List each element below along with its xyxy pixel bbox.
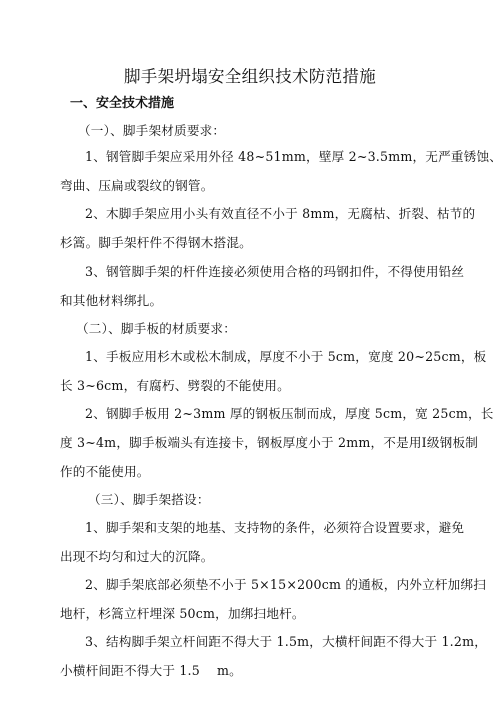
- paragraph-line: 2、木脚手架应用小头有效直径不小于 8mm，无腐枯、折裂、枯节的: [85, 203, 475, 222]
- paragraph-line: 杉篙。脚手架杆件不得钢木搭混。: [60, 232, 252, 251]
- paragraph-line: 3、结构脚手架立杆间距不得大于 1.5m，大横杆间距不得大于 1.2m，: [85, 631, 487, 650]
- paragraph-line: 度 3~4m，脚手板端头有连接卡，钢板厚度小于 2mm，不是用Ⅰ级钢板制: [60, 432, 478, 451]
- paragraph-line: 1、脚手架和支架的地基、支持物的条件，必须符合设置要求，避免: [85, 517, 464, 536]
- section-heading: 一、安全技术措施: [70, 92, 174, 111]
- paragraph-line: 出现不均匀和过大的沉降。: [60, 546, 214, 565]
- paragraph-line: 3、钢管脚手架的杆件连接必须使用合格的玛钢扣件，不得使用铅丝: [85, 261, 464, 280]
- paragraph-line: 2、脚手架底部必须垫不小于 5×15×200cm 的通板，内外立杆加绑扫: [85, 574, 486, 593]
- document-page: 脚手架坍塌安全组织技术防范措施 一、安全技术措施 （一）、脚手架材质要求： 1、…: [0, 0, 500, 707]
- paragraph-line: 和其他材料绑扎。: [60, 290, 162, 309]
- paragraph-line: 2、钢脚手板用 2~3mm 厚的钢板压制而成，厚度 5cm，宽 25cm，长: [85, 403, 494, 422]
- subsection-heading: （一）、脚手架材质要求：: [78, 120, 225, 139]
- paragraph-line: 地杆，杉篙立杆埋深 50cm，加绑扫地杆。: [60, 603, 305, 622]
- paragraph-line: 小横杆间距不得大于 1.5 m。: [60, 660, 242, 679]
- document-title: 脚手架坍塌安全组织技术防范措施: [0, 63, 500, 87]
- subsection-heading: （二）、脚手板的材质要求：: [76, 318, 236, 337]
- subsection-heading: （三）、脚手架搭设：: [88, 489, 210, 508]
- paragraph-line: 作的不能使用。: [60, 461, 150, 480]
- paragraph-line: 1、钢管脚手架应采用外径 48~51mm，壁厚 2~3.5mm，无严重锈蚀、: [85, 146, 500, 165]
- paragraph-line: 长 3~6cm，有腐朽、劈裂的不能使用。: [60, 375, 290, 394]
- paragraph-line: 1、手板应用杉木或松木制成，厚度不小于 5cm，宽度 20~25cm，板: [85, 346, 486, 365]
- paragraph-line: 弯曲、压扁或裂纹的钢管。: [60, 175, 214, 194]
